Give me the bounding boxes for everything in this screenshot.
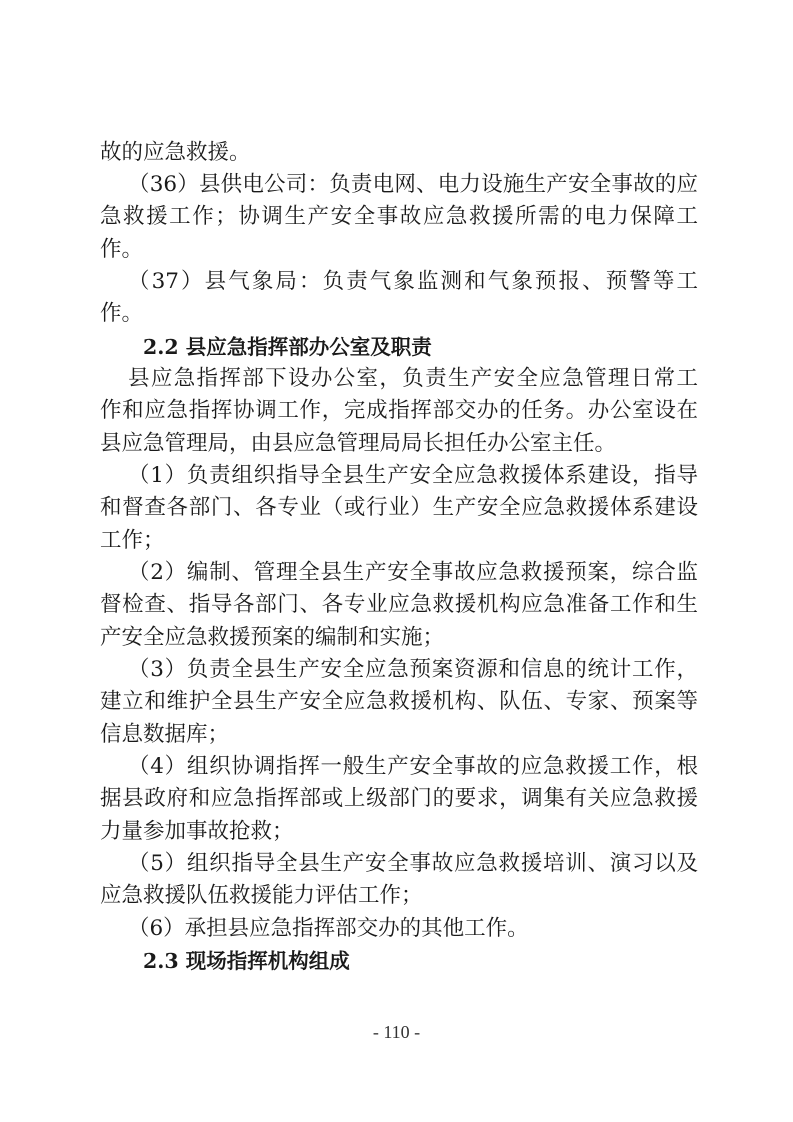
text-line: 作和应急指挥协调工作，完成指挥部交办的任务。办公室设在	[100, 395, 698, 427]
text-line: 作。	[100, 234, 698, 266]
text-line: 急救援工作；协调生产安全事故应急救援所需的电力保障工	[100, 201, 698, 233]
text-line: （36）县供电公司：负责电网、电力设施生产安全事故的应	[128, 169, 698, 201]
document-page: 故的应急救援。 （36）县供电公司：负责电网、电力设施生产安全事故的应 急救援工…	[0, 0, 793, 1122]
text-line: （5）组织指导全县生产安全事故应急救援培训、演习以及	[128, 848, 698, 880]
text-line: 督检查、指导各部门、各专业应急救援机构应急准备工作和生	[100, 589, 698, 621]
text-line: （3）负责全县生产安全应急预案资源和信息的统计工作，	[128, 654, 698, 686]
text-line: 产安全应急救援预案的编制和实施；	[100, 622, 698, 654]
text-line: 工作；	[100, 525, 698, 557]
text-line: （4）组织协调指挥一般生产安全事故的应急救援工作，根	[128, 751, 698, 783]
text-line: 信息数据库；	[100, 719, 698, 751]
text-line: 力量参加事故抢救；	[100, 816, 698, 848]
text-line: 和督查各部门、各专业（或行业）生产安全应急救援体系建设	[100, 492, 698, 524]
text-line: （2）编制、管理全县生产安全事故应急救援预案，综合监	[128, 557, 698, 589]
text-line: （6）承担县应急指挥部交办的其他工作。	[128, 913, 698, 945]
text-line: 县应急管理局，由县应急管理局局长担任办公室主任。	[100, 428, 698, 460]
text-line: 建立和维护全县生产安全应急救援机构、队伍、专家、预案等	[100, 686, 698, 718]
text-line: 应急救援队伍救援能力评估工作；	[100, 880, 698, 912]
text-line: （37）县气象局：负责气象监测和气象预报、预警等工	[128, 266, 698, 298]
text-line: 故的应急救援。	[100, 137, 698, 169]
section-heading-2-3: 2.3 现场指挥机构组成	[143, 945, 350, 977]
text-line: 据县政府和应急指挥部或上级部门的要求，调集有关应急救援	[100, 783, 698, 815]
page-number: - 110 -	[0, 1022, 793, 1043]
text-line: 作。	[100, 298, 698, 330]
text-line: 县应急指挥部下设办公室，负责生产安全应急管理日常工	[128, 363, 698, 395]
text-line: （1）负责组织指导全县生产安全应急救援体系建设，指导	[128, 460, 698, 492]
section-heading-2-2: 2.2 县应急指挥部办公室及职责	[143, 331, 432, 363]
